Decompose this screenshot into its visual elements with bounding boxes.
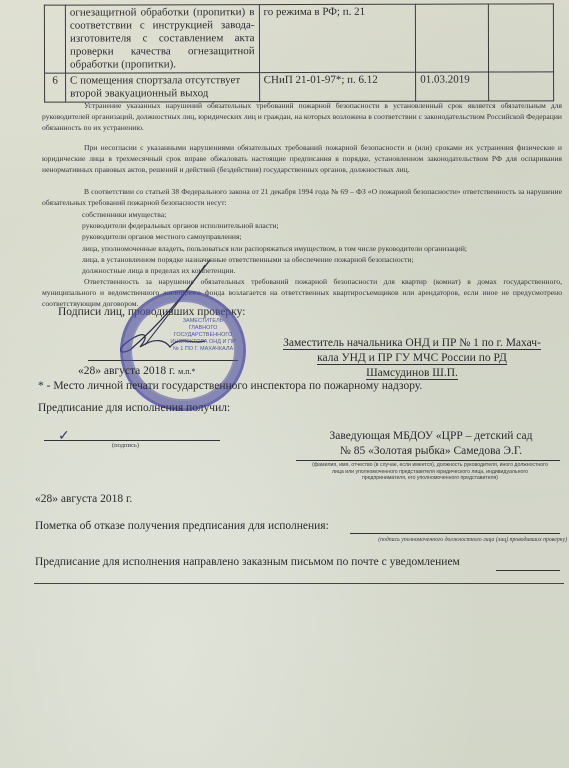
mail-line-end[interactable] bbox=[496, 570, 560, 571]
recipient-position: Заведующая МБДОУ «ЦРР – детский сад № 85… bbox=[300, 429, 562, 459]
row-number bbox=[44, 5, 65, 73]
recipient-signature-mark-icon: ✓ bbox=[58, 428, 70, 445]
violation-deadline: 01.03.2019 bbox=[416, 72, 489, 101]
mail-label: Предписание для исполнения направлено за… bbox=[35, 556, 460, 568]
inspector-position-line1: Заместитель начальника ОНД и ПР № 1 по г… bbox=[283, 337, 541, 350]
list-item: собственники имущества; bbox=[42, 209, 562, 220]
violation-note bbox=[489, 4, 554, 72]
violation-note bbox=[489, 72, 554, 101]
inspector-date: «28» августа 2018 г. м.п.* bbox=[78, 365, 196, 377]
recipient-position-line1: Заведующая МБДОУ «ЦРР – детский сад bbox=[300, 429, 562, 444]
paragraph-obligation: Устранение указанных нарушений обязатель… bbox=[42, 100, 562, 134]
table-row: огнезащитной обработки (пропитки) в соот… bbox=[44, 4, 553, 73]
seal-place-mark: м.п.* bbox=[178, 367, 195, 376]
recipient-position-line bbox=[296, 460, 560, 461]
recipient-position-line2: № 85 «Золотая рыбка» Самедова Э.Г. bbox=[300, 444, 562, 459]
list-item: руководители федеральных органов исполни… bbox=[42, 220, 562, 231]
stamp-text: Заместитель главного государственного ин… bbox=[168, 318, 238, 353]
recipient-signature-line bbox=[44, 440, 220, 441]
recipient-caption: (фамилия, имя, отчество (в случае, если … bbox=[310, 462, 550, 482]
inspector-name: Шамсудинов Ш.П. bbox=[366, 367, 458, 380]
refusal-caption: (подпись уполномоченного должностного ли… bbox=[292, 537, 567, 543]
mail-line[interactable] bbox=[34, 583, 564, 584]
paragraph-appeal: При несогласии с указанными нарушениями … bbox=[42, 142, 562, 176]
paragraph-text: При несогласии с указанными нарушениями … bbox=[42, 143, 562, 174]
violation-reference: го режима в РФ; п. 21 bbox=[259, 4, 416, 72]
refusal-signature-line[interactable] bbox=[350, 533, 560, 534]
inspector-position-line2: кала УНД и ПР ГУ МЧС России по РД bbox=[317, 352, 507, 365]
table-row: 6 С помещения спортзала отсутствует втор… bbox=[45, 72, 554, 102]
violation-deadline bbox=[416, 4, 489, 72]
signature-caption: (подпись) bbox=[112, 442, 139, 449]
inspector-position: Заместитель начальника ОНД и ПР № 1 по г… bbox=[262, 336, 562, 381]
paragraph-text: В соответствии со статьей 38 Федеральног… bbox=[42, 187, 562, 207]
recipient-label: Предписание для исполнения получил: bbox=[38, 402, 230, 414]
violation-reference: СНиП 21-01-97*; п. 6.12 bbox=[259, 72, 416, 101]
violation-description: огнезащитной обработки (пропитки) в соот… bbox=[65, 5, 259, 74]
paragraph-text: Устранение указанных нарушений обязатель… bbox=[42, 101, 562, 132]
list-item: лица, уполномоченные владеть, пользовать… bbox=[42, 243, 562, 254]
row-number: 6 bbox=[45, 73, 66, 102]
violations-table: огнезащитной обработки (пропитки) в соот… bbox=[44, 3, 554, 102]
paragraph-responsibility: В соответствии со статьей 38 Федеральног… bbox=[42, 186, 562, 208]
violation-description: С помещения спортзала отсутствует второй… bbox=[66, 73, 260, 103]
refusal-label: Пометка об отказе получения предписания … bbox=[35, 520, 329, 532]
seal-footnote: * - Место личной печати государственного… bbox=[38, 380, 422, 392]
recipient-date: «28» августа 2018 г. bbox=[35, 493, 132, 505]
inspector-date-text: «28» августа 2018 г. bbox=[78, 365, 175, 377]
list-item: руководители органов местного самоуправл… bbox=[42, 231, 562, 242]
